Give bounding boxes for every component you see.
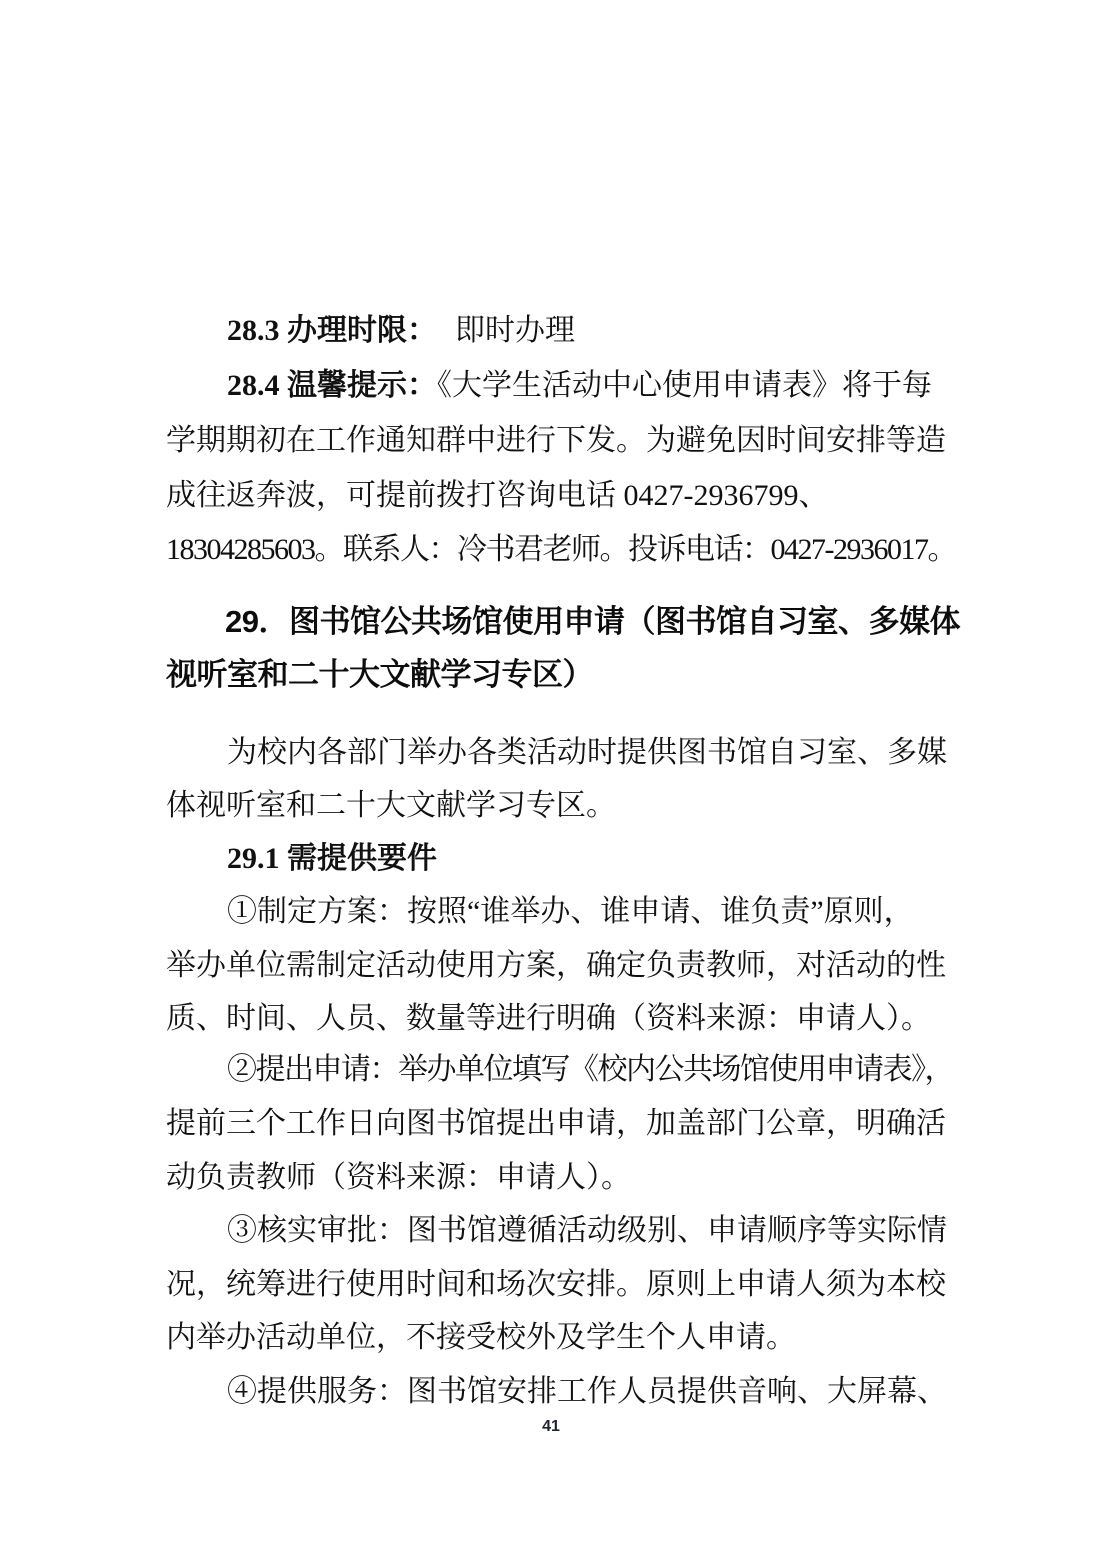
item-28-4-line-1: 28.4 温馨提示：《大学生活动中心使用申请表》将于每 — [227, 367, 932, 405]
point-3-line-3: 内举办活动单位，不接受校外及学生个人申请。 — [166, 1319, 796, 1357]
section-29-heading-line-2: 视听室和二十大文献学习专区） — [166, 656, 593, 694]
item-28-3-value: 即时办理 — [455, 314, 575, 347]
subsection-29-1-heading: 29.1 需提供要件 — [227, 840, 437, 878]
point-4-line-1: ④提供服务：图书馆安排工作人员提供音响、大屏幕、 — [227, 1373, 947, 1411]
section-29-intro-line-1: 为校内各部门举办各类活动时提供图书馆自习室、多媒 — [227, 734, 947, 772]
item-28-3-label: 28.3 办理时限： — [227, 314, 437, 347]
point-1-line-2: 举办单位需制定活动使用方案，确定负责教师，对活动的性 — [166, 947, 946, 985]
item-28-3-line: 28.3 办理时限：即时办理 — [227, 312, 575, 350]
item-28-4-label: 28.4 温馨提示： — [227, 369, 437, 402]
point-1-line-3: 质、时间、人员、数量等进行明确（资料来源：申请人）。 — [166, 1000, 931, 1038]
item-28-4-line-4: 18304285603。联系人：冷书君老师。投诉电话：0427-2936017。 — [166, 531, 956, 569]
document-page: 28.3 办理时限：即时办理 28.4 温馨提示：《大学生活动中心使用申请表》将… — [0, 0, 1102, 1559]
item-28-4-text: 《大学生活动中心使用申请表》将于每 — [437, 369, 932, 402]
page-number: 41 — [0, 1418, 1102, 1436]
section-29-intro-line-2: 体视听室和二十大文献学习专区。 — [166, 787, 616, 825]
item-28-4-line-2: 学期期初在工作通知群中进行下发。为避免因时间安排等造 — [166, 422, 946, 460]
point-2-line-1: ②提出申请：举办单位填写《校内公共场馆使用申请表》， — [227, 1051, 953, 1089]
section-29-heading-line-1: 29．图书馆公共场馆使用申请（图书馆自习室、多媒体 — [225, 603, 960, 641]
item-28-4-line-3: 成往返奔波，可提前拨打咨询电话 0427-2936799、 — [166, 477, 829, 515]
point-3-line-2: 况，统筹进行使用时间和场次安排。原则上申请人须为本校 — [166, 1266, 946, 1304]
point-3-line-1: ③核实审批：图书馆遵循活动级别、申请顺序等实际情 — [227, 1212, 947, 1250]
point-1-line-1: ①制定方案：按照“谁举办、谁申请、谁负责”原则， — [227, 893, 914, 931]
point-2-line-3: 动负责教师（资料来源：申请人）。 — [166, 1159, 631, 1197]
point-2-line-2: 提前三个工作日向图书馆提出申请，加盖部门公章，明确活 — [166, 1105, 946, 1143]
